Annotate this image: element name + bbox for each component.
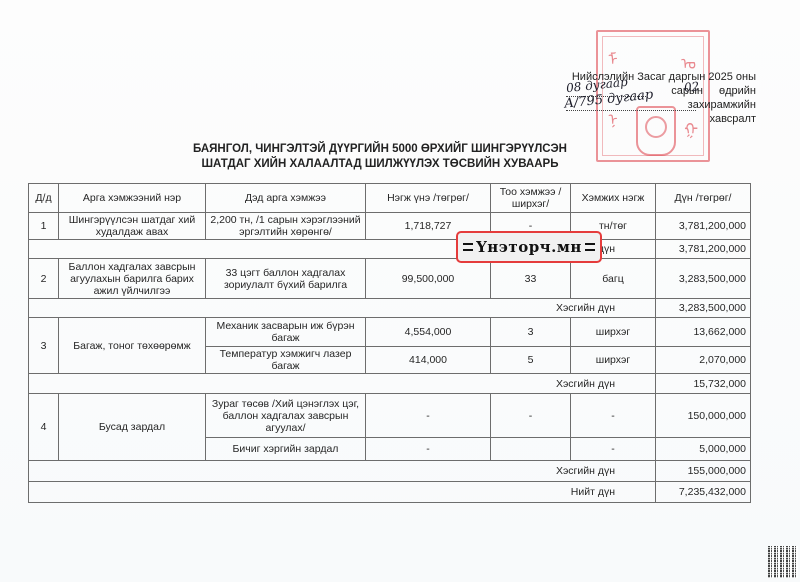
approval-line-4: хавсралт (556, 112, 756, 126)
cell-no: 4 (29, 394, 59, 461)
subtotal-amount: 3,283,500,000 (656, 299, 751, 318)
header-unit-price: Нэгж үнэ /төгрөг/ (366, 184, 491, 213)
cell-activity-name: Шингэрүүлсэн шатдаг хий худалдаж авах (59, 213, 206, 240)
subtotal-label: Хэсгийн дүн (29, 299, 656, 318)
cell-unit-price: 414,000 (366, 347, 491, 374)
cell-unit: - (571, 394, 656, 438)
cell-unit-price: - (366, 438, 491, 461)
document-title: БАЯНГОЛ, ЧИНГЭЛТЭЙ ДҮҮРГИЙН 5000 ӨРХИЙГ … (120, 142, 640, 172)
total-label: Нийт дүн (29, 482, 656, 503)
cell-amount: 2,070,000 (656, 347, 751, 374)
cell-activity-name: Багаж, тоног төхөөрөмж (59, 318, 206, 374)
document-page: ᠮ ᠣ ᠨ ᠭ Нийслэлийн Засаг даргын 2025 оны… (0, 0, 800, 582)
table-row: 1 Шингэрүүлсэн шатдаг хий худалдаж авах … (29, 213, 751, 240)
cell-quantity (491, 438, 571, 461)
cell-no: 3 (29, 318, 59, 374)
cell-activity-name: Бусад зардал (59, 394, 206, 461)
table-row: 4 Бусад зардал Зураг төсөв /Хий цэнэглэх… (29, 394, 751, 438)
cell-quantity: - (491, 394, 571, 438)
cell-sub-activity: Бичиг хэргийн зардал (206, 438, 366, 461)
cell-amount: 3,781,200,000 (656, 213, 751, 240)
fill-line (566, 110, 696, 111)
subtotal-label: Хэсгийн дүн (29, 374, 656, 394)
cell-amount: 3,283,500,000 (656, 259, 751, 299)
cell-unit-price: 4,554,000 (366, 318, 491, 347)
subtotal-amount: 155,000,000 (656, 461, 751, 482)
cell-no: 1 (29, 213, 59, 240)
cell-no: 2 (29, 259, 59, 299)
cell-amount: 13,662,000 (656, 318, 751, 347)
wing-right-icon (585, 243, 595, 251)
total-amount: 7,235,432,000 (656, 482, 751, 503)
header-quantity: Тоо хэмжээ /ширхэг/ (491, 184, 571, 213)
header-no: Д/д (29, 184, 59, 213)
subtotal-row: Хэсгийн дүн 15,732,000 (29, 374, 751, 394)
grand-total-row: Нийт дүн 7,235,432,000 (29, 482, 751, 503)
cell-unit-price: 99,500,000 (366, 259, 491, 299)
cell-sub-activity: Температур хэмжигч лазер багаж (206, 347, 366, 374)
cell-amount: 5,000,000 (656, 438, 751, 461)
table-row: 2 Баллон хадгалах завсрын агуулахын бари… (29, 259, 751, 299)
subtotal-amount: 3,781,200,000 (656, 240, 751, 259)
subtotal-amount: 15,732,000 (656, 374, 751, 394)
qr-code-icon (768, 546, 798, 578)
cell-sub-activity: Механик засварын иж бүрэн багаж (206, 318, 366, 347)
cell-amount: 150,000,000 (656, 394, 751, 438)
cell-unit: ширхэг (571, 347, 656, 374)
subtotal-row: Хэсгийн дүн 3,283,500,000 (29, 299, 751, 318)
header-amount: Дүн /төгрөг/ (656, 184, 751, 213)
header-activity-name: Арга хэмжээний нэр (59, 184, 206, 213)
cell-unit: - (571, 438, 656, 461)
cell-quantity: 3 (491, 318, 571, 347)
cell-sub-activity: Зураг төсөв /Хий цэнэглэх цэг, баллон ха… (206, 394, 366, 438)
cell-unit: ширхэг (571, 318, 656, 347)
cell-quantity: 5 (491, 347, 571, 374)
subtotal-label: Хэсгийн дүн (29, 461, 656, 482)
subtotal-row: Хэсгийн дүн 3,781,200,000 (29, 240, 751, 259)
cell-activity-name: Баллон хадгалах завсрын агуулахын барилг… (59, 259, 206, 299)
wing-left-icon (463, 243, 473, 251)
subtotal-row: Хэсгийн дүн 155,000,000 (29, 461, 751, 482)
header-sub-activity: Дэд арга хэмжээ (206, 184, 366, 213)
cell-sub-activity: 33 цэгт баллон хадгалах зориулалт бүхий … (206, 259, 366, 299)
watermark-badge: Үнэторч.мн (456, 231, 602, 263)
cell-unit-price: - (366, 394, 491, 438)
cell-quantity: 33 (491, 259, 571, 299)
title-line-1: БАЯНГОЛ, ЧИНГЭЛТЭЙ ДҮҮРГИЙН 5000 ӨРХИЙГ … (120, 142, 640, 157)
header-unit: Хэмжих нэгж (571, 184, 656, 213)
budget-table: Д/д Арга хэмжээний нэр Дэд арга хэмжээ Н… (28, 183, 751, 503)
mongolian-script-glyph: ᠮ (608, 42, 618, 70)
watermark-text: Үнэторч.мн (476, 238, 582, 256)
cell-unit: багц (571, 259, 656, 299)
cell-sub-activity: 2,200 тн, /1 сарын хэрэглээний эргэлтийн… (206, 213, 366, 240)
table-row: 3 Багаж, тоног төхөөрөмж Механик засвары… (29, 318, 751, 347)
table-header-row: Д/д Арга хэмжээний нэр Дэд арга хэмжээ Н… (29, 184, 751, 213)
handwritten-day: 02 (683, 79, 700, 95)
title-line-2: ШАТДАГ ХИЙН ХАЛААЛТАД ШИЛЖҮҮЛЭХ ТӨСВИЙН … (120, 157, 640, 172)
